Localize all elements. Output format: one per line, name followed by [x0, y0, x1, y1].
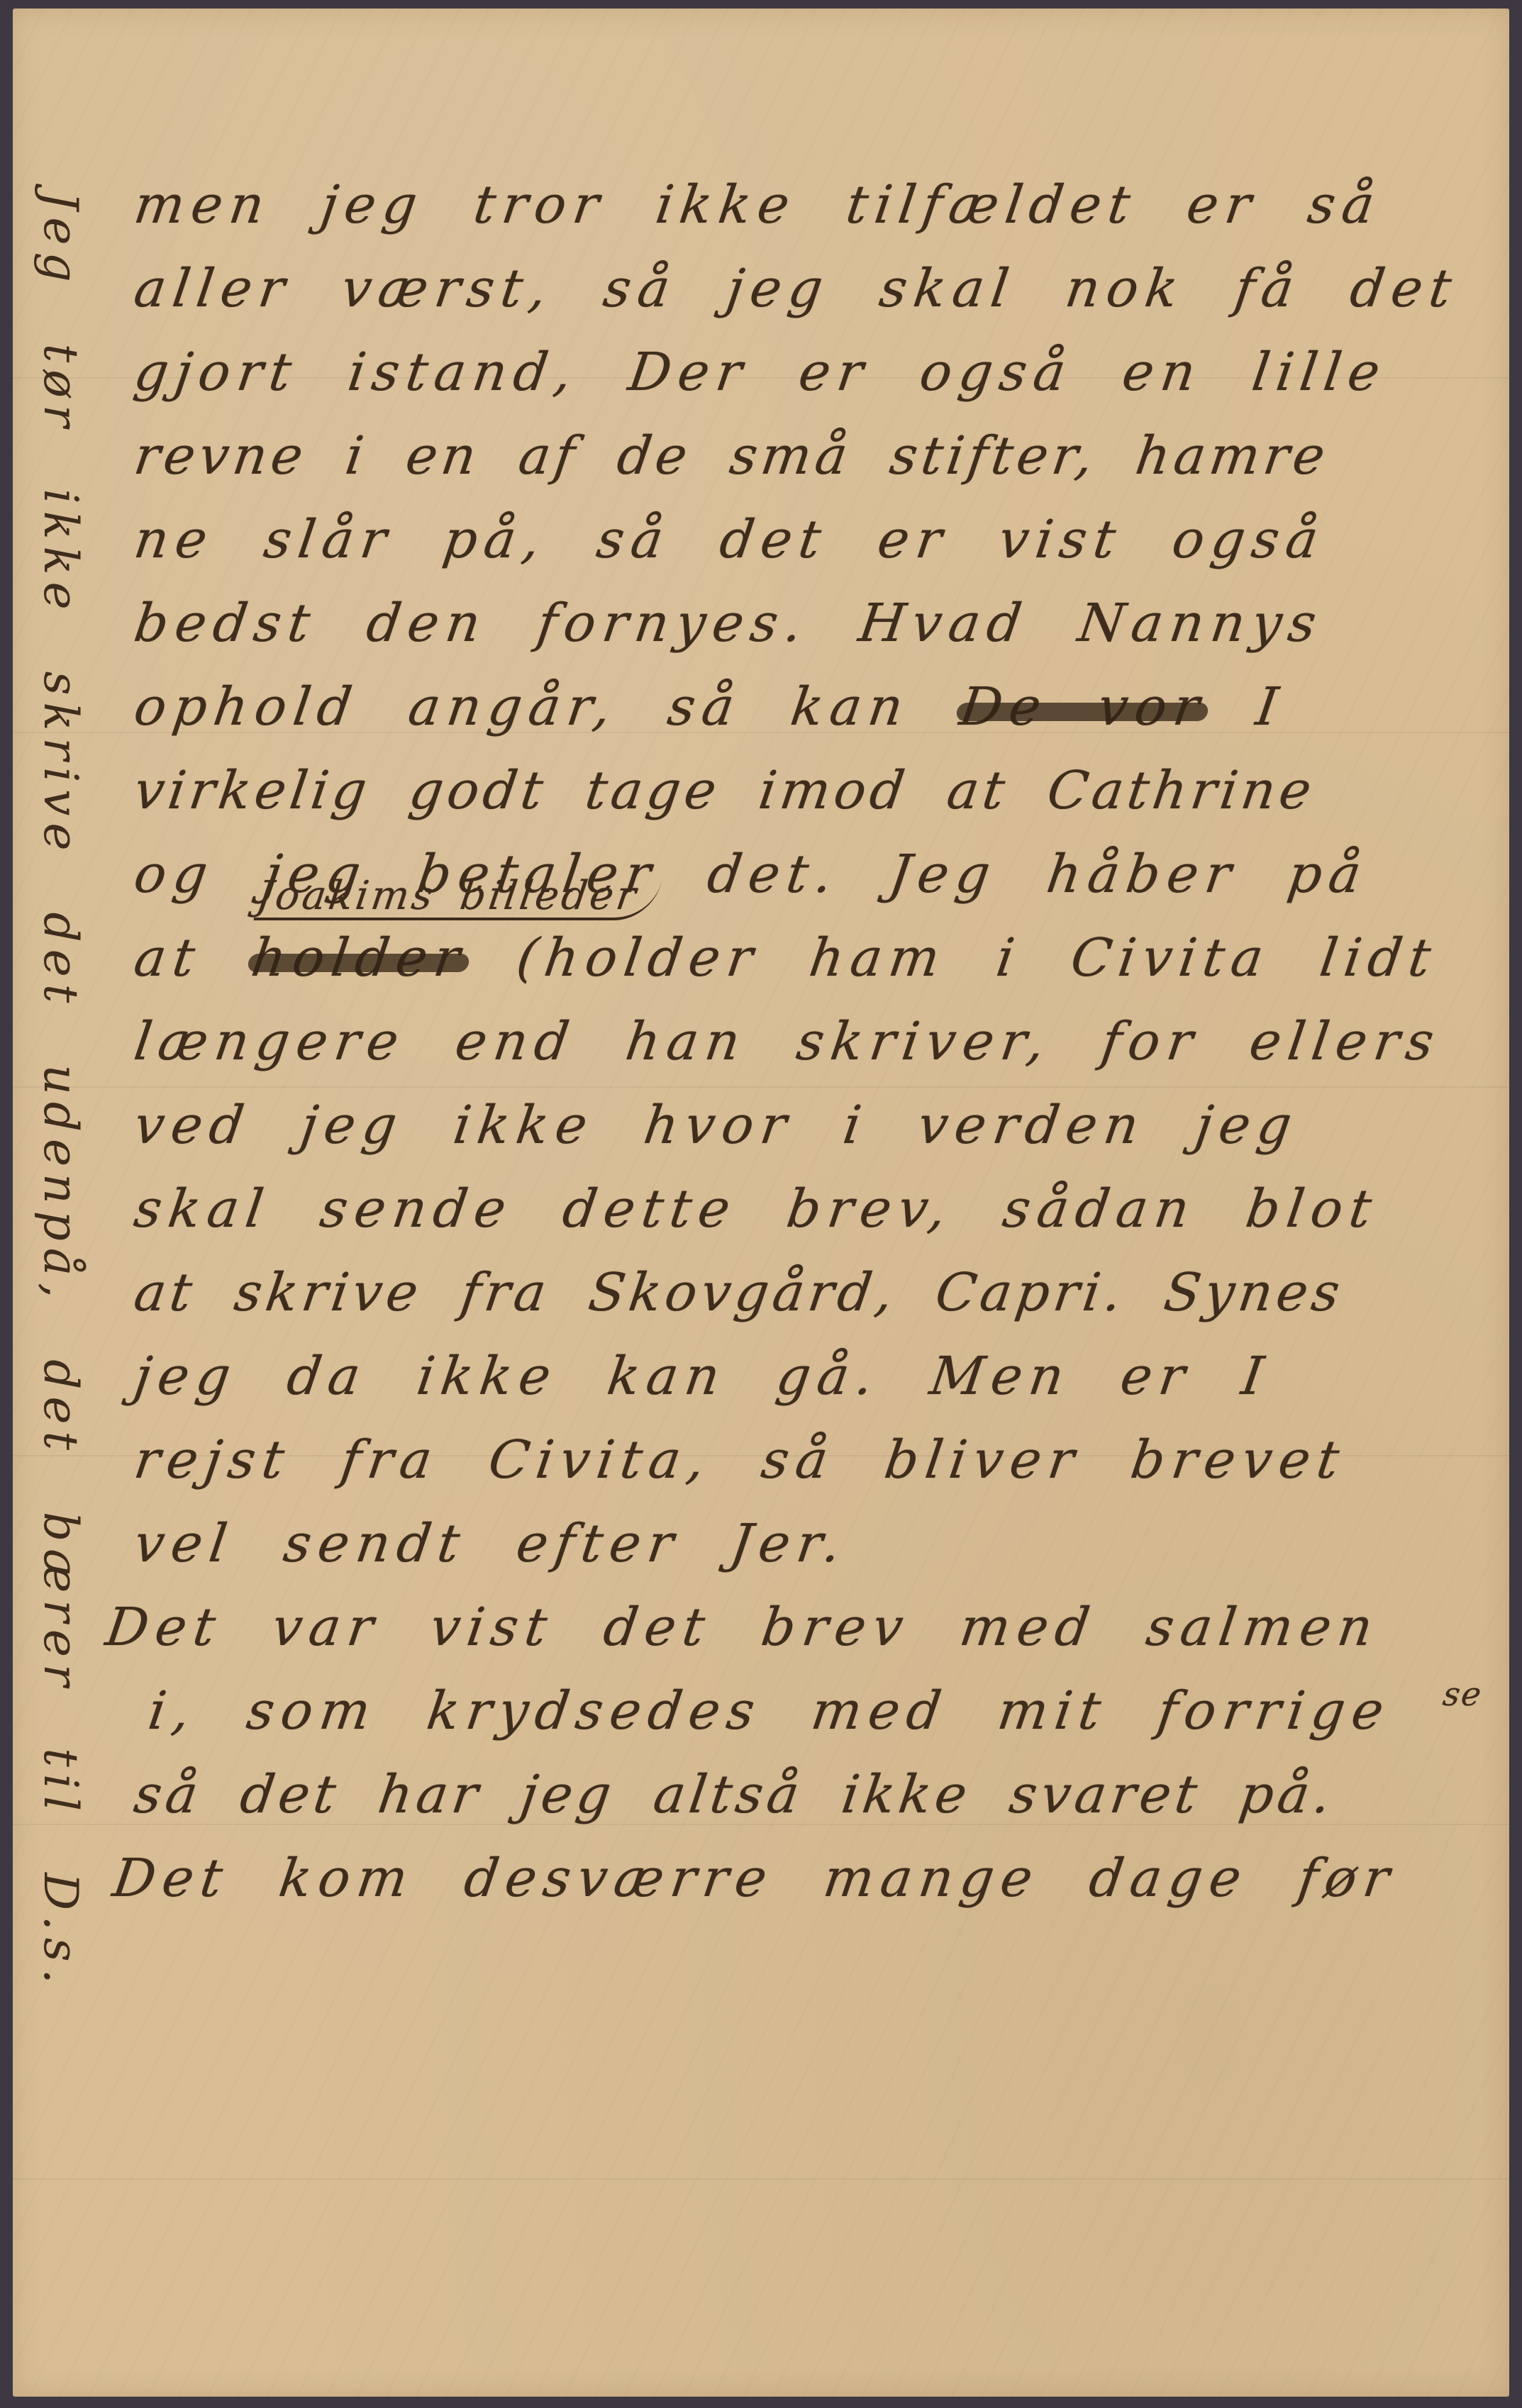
letter-line-21: Det kom desværre mange dage før	[108, 1836, 1474, 1920]
letter-line-20-text: så det har jeg altså ikke svaret på.	[130, 1764, 1339, 1825]
letter-line-17: vel sendt efter Jer.	[129, 1502, 1474, 1585]
letter-line-20: så det har jeg altså ikke svaret på.	[129, 1753, 1474, 1836]
letter-line-2: aller værst, så jeg skal nok få det	[129, 247, 1474, 330]
letter-line-16: rejst fra Civita, så bliver brevet	[129, 1418, 1474, 1502]
letter-line-1: men jeg tror ikke tilfældet er så	[129, 163, 1474, 247]
letter-line-4: revne i en af de små stifter, hamre	[129, 414, 1474, 498]
scan-frame: Jeg tør ikke skrive det udenpå, det bære…	[0, 0, 1522, 2408]
letter-line-8: virkelig godt tage imod at Cathrine	[129, 749, 1474, 832]
letter-body: men jeg tror ikke tilfældet er så aller …	[135, 163, 1468, 1920]
letter-line-19: i, som krydsedes med mit forrige se	[129, 1669, 1474, 1753]
letter-line-14: at skrive fra Skovgård, Capri. Synes	[129, 1251, 1474, 1334]
bleed-through-line	[13, 2178, 1509, 2180]
letter-line-10-rest: (holder ham i Civita lidt	[513, 927, 1441, 988]
letter-line-11: længere end han skriver, for ellers	[129, 1000, 1474, 1083]
letter-line-15: jeg da ikke kan gå. Men er I	[129, 1334, 1474, 1418]
struck-out-word: De vor	[955, 665, 1212, 749]
superscript-continuation: se	[1440, 1675, 1484, 1713]
inserted-annotation: Joakims billeder	[253, 875, 662, 920]
struck-out-word: holder	[246, 916, 472, 1000]
letter-line-7-end: I	[1252, 676, 1289, 737]
letter-line-10: Joakims billeder at holder (holder ham i…	[129, 916, 1474, 1000]
letter-line-12: ved jeg ikke hvor i verden jeg	[129, 1083, 1474, 1167]
letter-line-10-start: at	[130, 927, 206, 988]
margin-note-vertical: Jeg tør ikke skrive det udenpå, det bære…	[28, 191, 92, 1673]
letter-line-5: ne slår på, så det er vist også	[129, 498, 1474, 581]
letter-line-13: skal sende dette brev, sådan blot	[129, 1167, 1474, 1251]
letter-line-19-text: i, som krydsedes med mit forrige	[145, 1680, 1394, 1741]
letter-line-6: bedst den fornyes. Hvad Nannys	[129, 581, 1474, 665]
letter-line-18: Det var vist det brev med salmen	[101, 1585, 1474, 1669]
letter-line-7: ophold angår, så kan De vor I	[129, 665, 1474, 749]
letter-line-7-text: ophold angår, så kan	[130, 676, 914, 737]
letter-line-3: gjort istand, Der er også en lille	[129, 330, 1474, 414]
